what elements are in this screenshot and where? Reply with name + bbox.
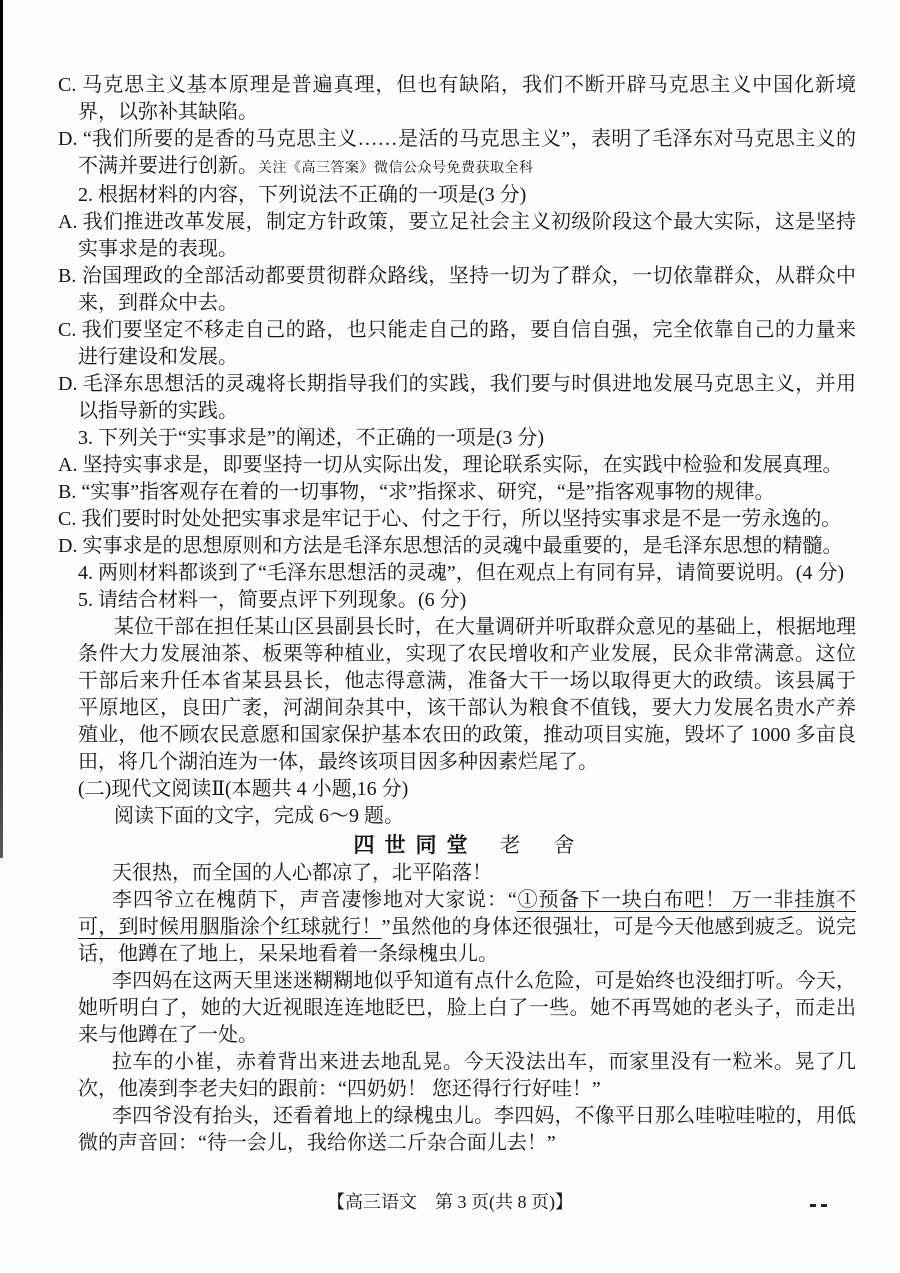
passage-author: 老 舍	[500, 833, 581, 857]
q5-material-paragraph: 某位干部在担任某山区县副县长时，在大量调研并听取群众意见的基础上，根据地理条件大…	[78, 614, 856, 776]
q2-option-b: B. 治国理政的全部活动都要贯彻群众路线，坚持一切为了群众，一切依靠群众，从群众…	[78, 263, 856, 317]
promo-watermark-note: 关注《高三答案》微信公众号免费获取全科	[258, 161, 534, 176]
q2-option-d: D. 毛泽东思想活的灵魂将长期指导我们的实践，我们要与时俱进地发展马克思主义，并…	[78, 371, 856, 425]
scan-dots-artifact	[810, 1204, 816, 1207]
scan-edge-artifact	[0, 0, 3, 858]
q3-option-b: B. “实事”指客观存在着的一切事物，“求”指探求、研究，“是”指客观事物的规律…	[78, 479, 856, 506]
passage-title-line: 四世同堂老 舍	[78, 830, 856, 860]
passage-paragraph-5: 李四爷没有抬头，还看着地上的绿槐虫儿。李四妈，不像平日那么哇啦哇啦的，用低微的声…	[78, 1103, 856, 1157]
q2-stem: 2. 根据材料的内容，下列说法不正确的一项是(3 分)	[78, 182, 856, 209]
page-footer: 【高三语文 第 3 页(共 8 页)】	[0, 1188, 900, 1214]
q5-stem: 5. 请结合材料一，简要点评下列现象。(6 分)	[78, 587, 856, 614]
section2-heading: (二)现代文阅读Ⅱ(本题共 4 小题,16 分)	[78, 776, 856, 803]
passage-title: 四世同堂	[354, 833, 478, 857]
q2-option-a: A. 我们推进改革发展，制定方针政策，要立足社会主义初级阶段这个最大实际，这是坚…	[78, 209, 856, 263]
section2-instruction: 阅读下面的文字，完成 6～9 题。	[78, 803, 856, 830]
q1-option-d: D. “我们所要的是香的马克思主义……是活的马克思主义”，表明了毛泽东对马克思主…	[78, 126, 856, 182]
scanned-exam-page: C. 马克思主义基本原理是普遍真理，但也有缺陷，我们不断开辟马克思主义中国化新境…	[0, 0, 900, 1273]
exam-content: C. 马克思主义基本原理是普遍真理，但也有缺陷，我们不断开辟马克思主义中国化新境…	[78, 72, 856, 1157]
q3-option-a: A. 坚持实事求是，即要坚持一切从实际出发，理论联系实际，在实践中检验和发展真理…	[78, 452, 856, 479]
passage-paragraph-4: 拉车的小崔，赤着背出来进去地乱晃。今天没法出车，而家里没有一粒米。晃了几次，他凑…	[78, 1049, 856, 1103]
passage-paragraph-2: 李四爷立在槐荫下，声音凄惨地对大家说：“①预备下一块白布吧！ 万一非挂旗不可，到…	[78, 887, 856, 968]
q2-option-c: C. 我们要坚定不移走自己的路，也只能走自己的路，要自信自强，完全依靠自己的力量…	[78, 317, 856, 371]
passage-p2-pre: 李四爷立在槐荫下，声音凄惨地对大家说：“	[112, 889, 517, 911]
passage-body: 天很热，而全国的人心都凉了，北平陷落！ 李四爷立在槐荫下，声音凄惨地对大家说：“…	[78, 860, 856, 1157]
q4-stem: 4. 两则材料都谈到了“毛泽东思想活的灵魂”，但在观点上有同有异，请简要说明。(…	[78, 560, 856, 587]
passage-paragraph-1: 天很热，而全国的人心都凉了，北平陷落！	[78, 860, 856, 887]
passage-paragraph-3: 李四妈在这两天里迷迷糊糊地似乎知道有点什么危险，可是始终也没细打听。今天，她听明…	[78, 968, 856, 1049]
q1-option-c: C. 马克思主义基本原理是普遍真理，但也有缺陷，我们不断开辟马克思主义中国化新境…	[78, 72, 856, 126]
q3-option-d: D. 实事求是的思想原则和方法是毛泽东思想活的灵魂中最重要的，是毛泽东思想的精髓…	[78, 533, 856, 560]
q3-stem: 3. 下列关于“实事求是”的阐述，不正确的一项是(3 分)	[78, 425, 856, 452]
q3-option-c: C. 我们要时时处处把实事求是牢记于心、付之于行，所以坚持实事求是不是一劳永逸的…	[78, 506, 856, 533]
